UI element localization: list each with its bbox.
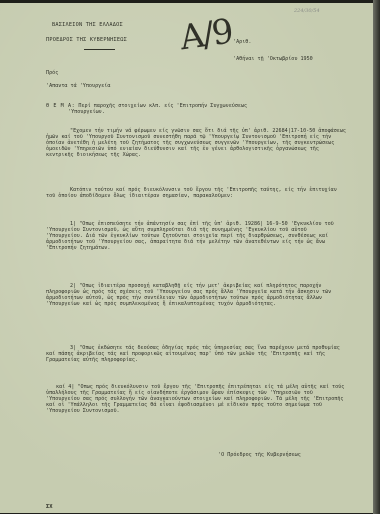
body-paragraph: 2| "Οπως ἰδιαιτέρα προσοχή καταβληθῇ είς… xyxy=(46,283,346,307)
body-paragraph: καί 4| "Οπως πρός διευκόλυνσιν τοῦ ἔργου… xyxy=(46,384,346,414)
paragraph-item-4: καί 4| "Οπως πρός διευκόλυνσιν τοῦ ἔργου… xyxy=(46,384,346,414)
to-label: Πρός xyxy=(46,70,58,76)
page-edge-shadow xyxy=(373,0,380,514)
document-page: 224/30/54 ΒΑΣΙΛΕΙΟΝ ΤΗΣ ΕΛΛΑΔΟΣ ΠΡΟΕΔΡΟΣ… xyxy=(0,3,373,513)
paragraph-intro: "Εχομεν τήν τιμήν νά φέρωμεν είς γνῶσιν … xyxy=(46,128,346,158)
paragraph-item-2: 2| "Οπως ἰδιαιτέρα προσοχή καταβληθῇ είς… xyxy=(46,283,346,307)
paragraph-request: Κατόπιν τούτου καί πρός διευκόλυνσιν τοῦ… xyxy=(46,187,346,199)
paragraph-item-3: 3| "Οπως ἐκδώσητε τάς δεούσας ὁδηγίας πρ… xyxy=(46,345,346,363)
subject-continuation: 'Υπουργείων. xyxy=(46,109,346,115)
letterhead-rule xyxy=(84,49,115,50)
body-paragraph: Κατόπιν τούτου καί πρός διευκόλυνσιν τοῦ… xyxy=(46,187,346,199)
letterhead-kingdom: ΒΑΣΙΛΕΙΟΝ ΤΗΣ ΕΛΛΑΔΟΣ xyxy=(52,22,123,28)
reference-number-label: 'Αριθ. xyxy=(233,39,251,45)
recipients: 'Απαντα τά 'Υπουργεία xyxy=(46,83,110,89)
body-paragraph: "Εχομεν τήν τιμήν νά φέρωμεν είς γνῶσιν … xyxy=(46,128,346,158)
body-paragraph: 3| "Οπως ἐκδώσητε τάς δεούσας ὁδηγίας πρ… xyxy=(46,345,346,363)
body-paragraph: 1| "Οπως ἐπισπεύσητε τήν ἀπάντησίν σας ἐ… xyxy=(46,221,346,251)
date-line: 'Αθήναι τῇ 'Οκτωβρίου 1950 xyxy=(233,56,313,62)
letterhead-office: ΠΡΟΕΔΡΟΣ ΤΗΣ ΚΥΒΕΡΝΗΣΕΩΣ xyxy=(46,37,127,43)
paragraph-item-1: 1| "Οπως ἐπισπεύσητε τήν ἀπάντησίν σας ἐ… xyxy=(46,221,346,251)
typist-initials: ΣΧ xyxy=(46,504,53,510)
handwritten-mark: A/9 xyxy=(178,15,234,56)
archive-number: 224/30/54 xyxy=(294,8,320,14)
signature-line: 'Ο Πρόεδρος τῆς Κυβερνήσεως xyxy=(218,452,301,458)
subject-block: Θ Ε Μ Α: Περί παροχῆς στοιχείων κλπ. είς… xyxy=(46,103,346,115)
